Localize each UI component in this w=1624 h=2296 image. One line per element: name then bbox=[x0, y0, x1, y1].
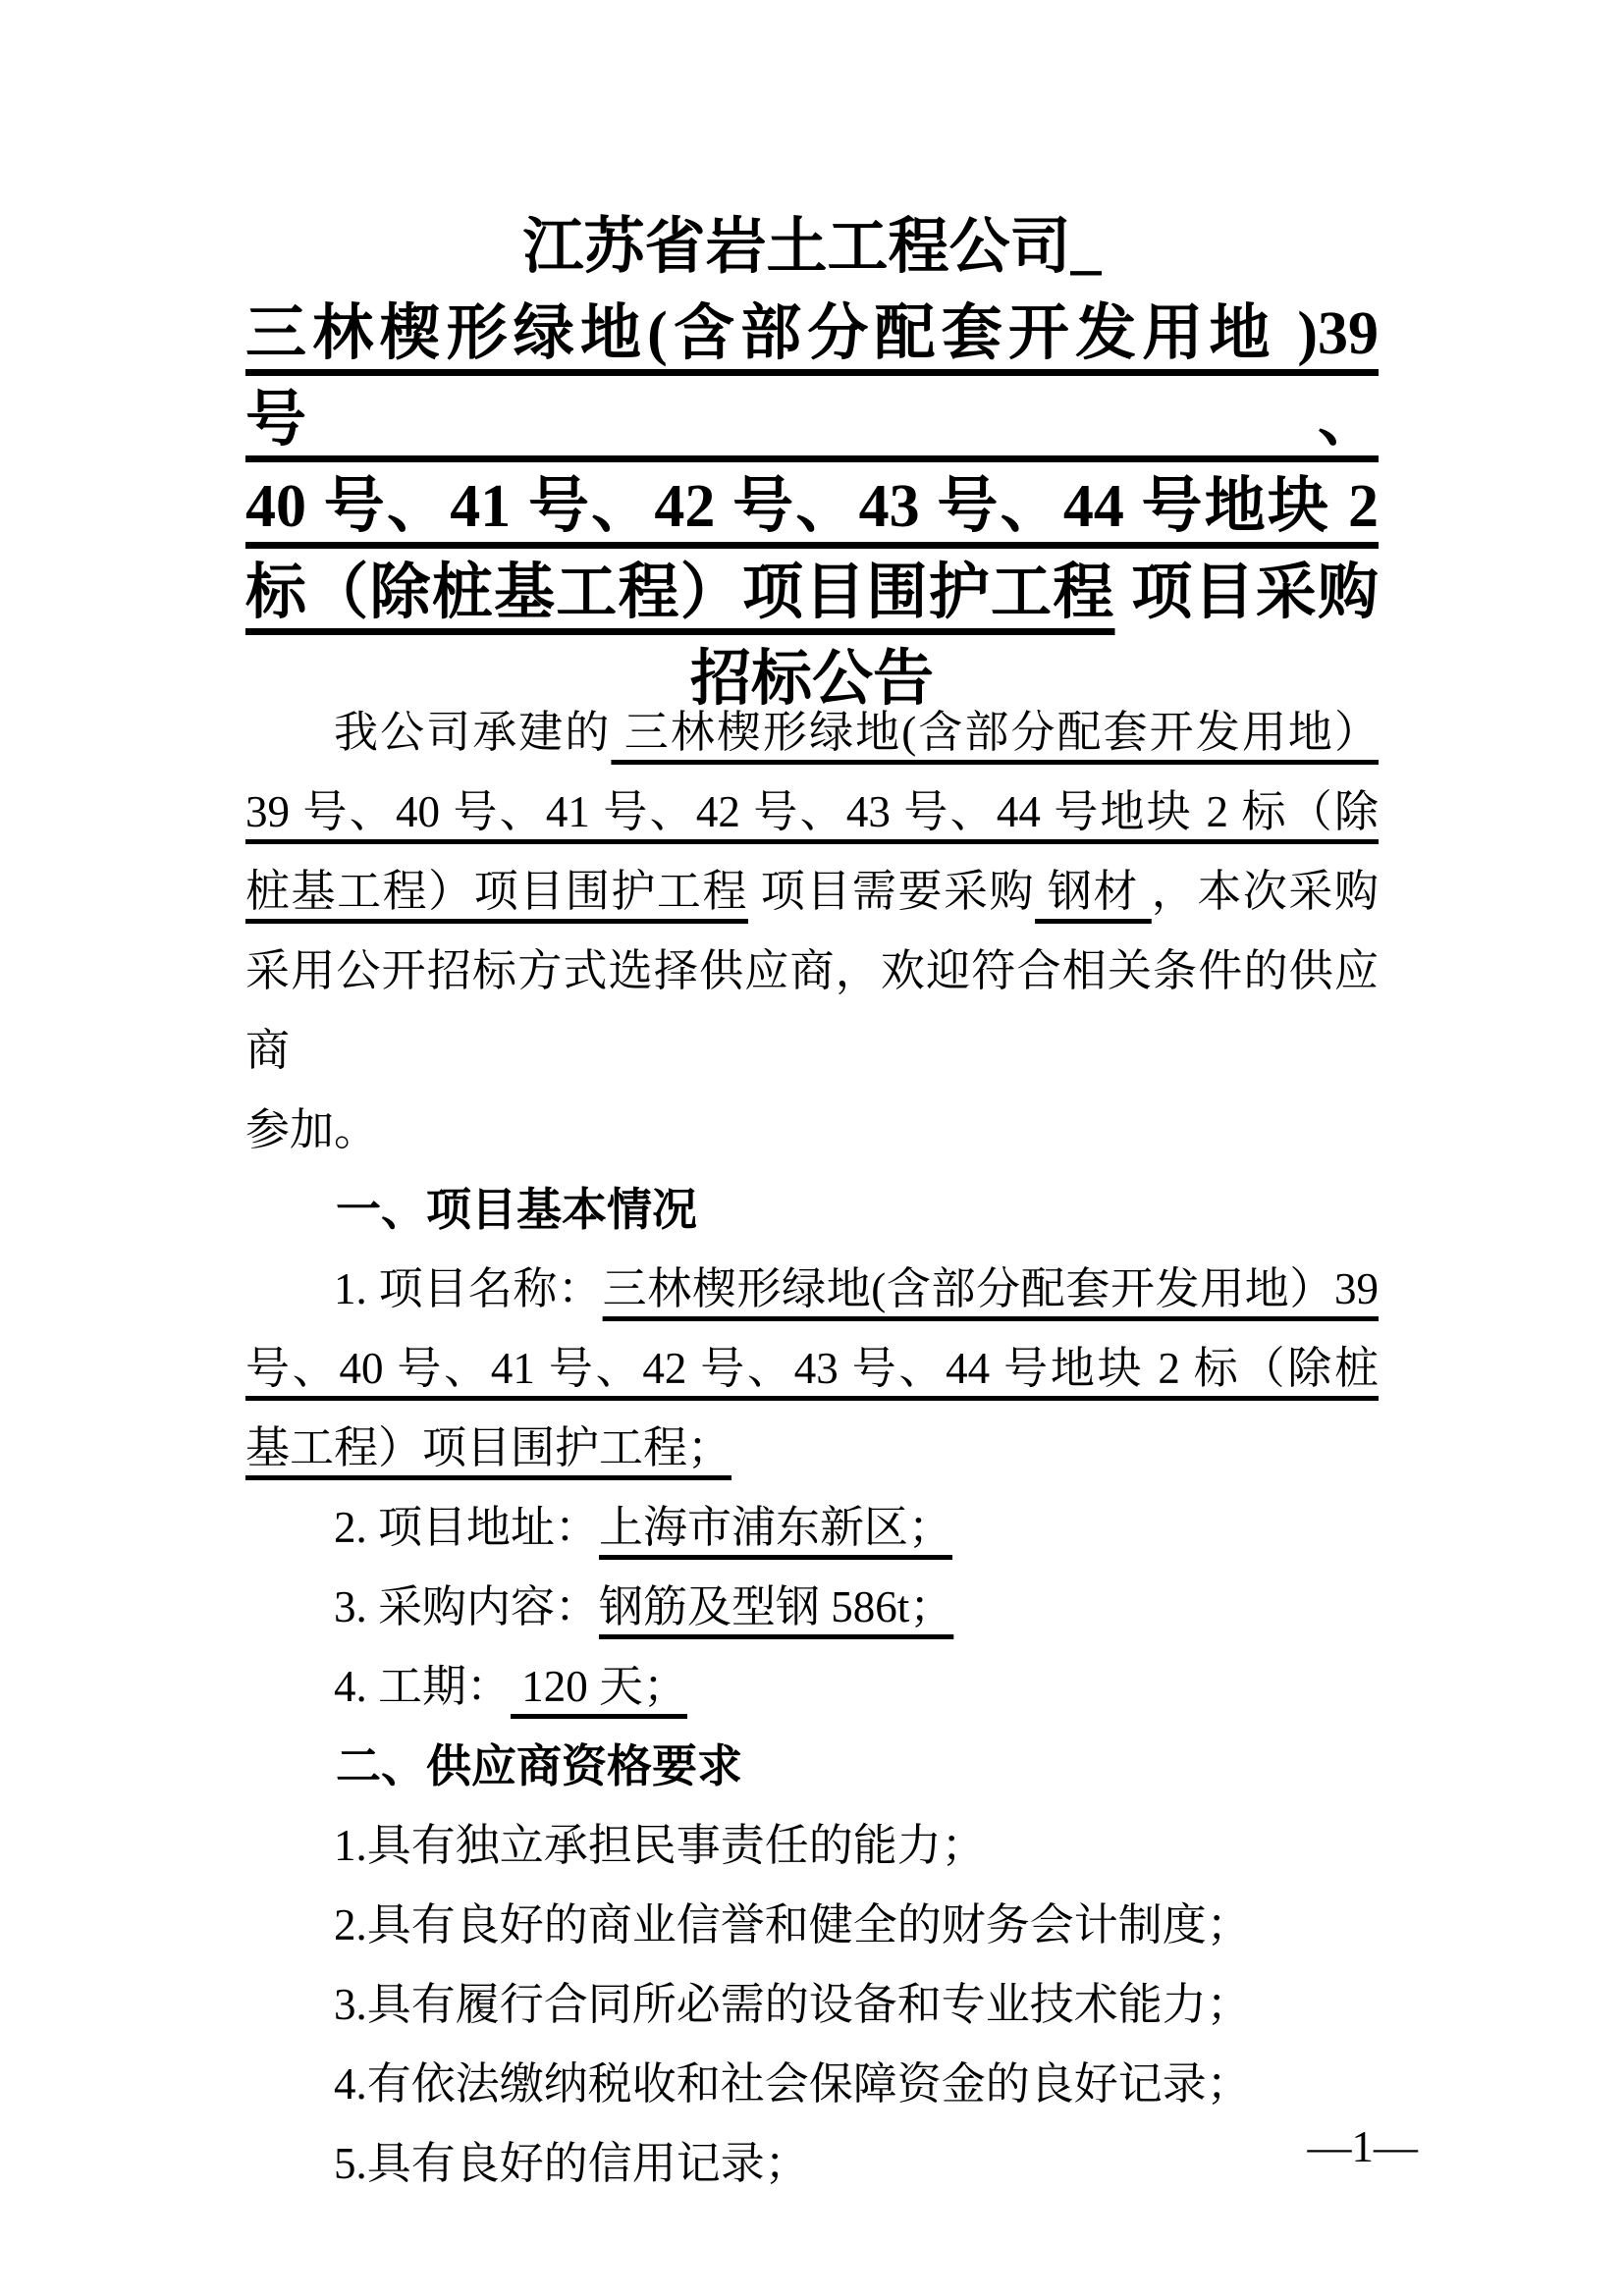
underlined-text-run: 三林楔形绿地(含部分配套开发用地） bbox=[611, 708, 1379, 757]
item-procurement-content: 3. 采购内容：钢筋及型钢 586t； bbox=[245, 1568, 1379, 1647]
text-run: 项目采购 bbox=[1114, 560, 1379, 626]
requirement-3: 3.具有履行合同所必需的设备和专业技术能力； bbox=[245, 1965, 1379, 2045]
text-run: 江苏省岩土工程公司_ bbox=[522, 214, 1101, 281]
text-run: 采用公开招标方式选择供应商，欢迎符合相关条件的供应商 bbox=[245, 946, 1379, 1075]
text-run: 1.具有独立承担民事责任的能力； bbox=[334, 1821, 986, 1870]
text-run: 4. 工期： bbox=[334, 1662, 511, 1711]
intro-paragraph-line-2: 39 号、40 号、41 号、42 号、43 号、44 号地块 2 标（除 bbox=[245, 773, 1379, 852]
underlined-text-run: 标（除桩基工程）项目围护工程 bbox=[245, 560, 1114, 626]
underlined-text-run: 三林楔形绿地(含部分配套开发用地 )39 号、 bbox=[245, 300, 1379, 454]
text-run: 项目需要采购 bbox=[748, 867, 1035, 916]
item-duration: 4. 工期： 120 天； bbox=[245, 1647, 1379, 1727]
intro-paragraph-line-1: 我公司承建的 三林楔形绿地(含部分配套开发用地） bbox=[245, 693, 1379, 773]
document-body: 我公司承建的 三林楔形绿地(含部分配套开发用地）39 号、40 号、41 号、4… bbox=[245, 693, 1379, 2204]
underlined-text-run: 上海市浦东新区； bbox=[599, 1503, 952, 1552]
text-run: 2. 项目地址： bbox=[334, 1503, 599, 1552]
underlined-text-run: 号、40 号、41 号、42 号、43 号、44 号地块 2 标（除桩 bbox=[245, 1344, 1379, 1393]
section-1-heading: 一、项目基本情况 bbox=[245, 1170, 1379, 1250]
intro-paragraph-line-3: 桩基工程）项目围护工程 项目需要采购 钢材 ，本次采购 bbox=[245, 852, 1379, 932]
title-line-company: 江苏省岩土工程公司_ bbox=[245, 204, 1379, 291]
text-run: 2.具有良好的商业信誉和健全的财务会计制度； bbox=[334, 1900, 1251, 1949]
item-project-name-line-1: 1. 项目名称：三林楔形绿地(含部分配套开发用地）39 bbox=[245, 1250, 1379, 1329]
item-project-name-line-3: 基工程）项目围护工程； bbox=[245, 1409, 1379, 1488]
title-line-project-3: 标（除桩基工程）项目围护工程 项目采购 bbox=[245, 550, 1379, 636]
item-project-name-line-2: 号、40 号、41 号、42 号、43 号、44 号地块 2 标（除桩 bbox=[245, 1329, 1379, 1409]
text-run: 3. 采购内容： bbox=[334, 1582, 599, 1631]
document-title: 江苏省岩土工程公司_三林楔形绿地(含部分配套开发用地 )39 号、40 号、41… bbox=[245, 204, 1379, 722]
underlined-text-run: 钢材 bbox=[1035, 867, 1152, 916]
text-run: 我公司承建的 bbox=[334, 708, 611, 757]
text-run: 4.有依法缴纳税收和社会保障资金的良好记录； bbox=[334, 2059, 1251, 2109]
text-run: ，本次采购 bbox=[1152, 867, 1379, 916]
item-project-address: 2. 项目地址：上海市浦东新区； bbox=[245, 1488, 1379, 1568]
title-line-project-1: 三林楔形绿地(含部分配套开发用地 )39 号、 bbox=[245, 291, 1379, 463]
text-run: 3.具有履行合同所必需的设备和专业技术能力； bbox=[334, 1980, 1251, 2029]
underlined-text-run: 39 号、40 号、41 号、42 号、43 号、44 号地块 2 标（除 bbox=[245, 787, 1379, 836]
text-run: 二、供应商资格要求 bbox=[336, 1740, 742, 1791]
underlined-text-run: 40 号、41 号、42 号、43 号、44 号地块 2 bbox=[245, 473, 1379, 540]
intro-paragraph-line-4: 采用公开招标方式选择供应商，欢迎符合相关条件的供应商 bbox=[245, 932, 1379, 1091]
requirement-4: 4.有依法缴纳税收和社会保障资金的良好记录； bbox=[245, 2045, 1379, 2124]
text-run: 参加。 bbox=[245, 1105, 378, 1154]
underlined-text-run: 桩基工程）项目围护工程 bbox=[245, 867, 748, 916]
text-run: 一、项目基本情况 bbox=[336, 1184, 697, 1235]
page-number: —1— bbox=[1308, 2122, 1419, 2171]
underlined-text-run: 基工程）项目围护工程； bbox=[245, 1423, 731, 1472]
title-line-project-2: 40 号、41 号、42 号、43 号、44 号地块 2 bbox=[245, 463, 1379, 550]
section-2-heading: 二、供应商资格要求 bbox=[245, 1727, 1379, 1806]
intro-paragraph-line-5: 参加。 bbox=[245, 1091, 1379, 1170]
text-run: 5.具有良好的信用记录； bbox=[334, 2139, 809, 2188]
underlined-text-run: 120 天； bbox=[511, 1662, 687, 1711]
underlined-text-run: 钢筋及型钢 586t； bbox=[599, 1582, 953, 1631]
text-run: 1. 项目名称： bbox=[334, 1264, 603, 1313]
document-page: 江苏省岩土工程公司_三林楔形绿地(含部分配套开发用地 )39 号、40 号、41… bbox=[0, 0, 1624, 2296]
underlined-text-run: 三林楔形绿地(含部分配套开发用地）39 bbox=[603, 1264, 1379, 1313]
requirement-1: 1.具有独立承担民事责任的能力； bbox=[245, 1806, 1379, 1886]
requirement-2: 2.具有良好的商业信誉和健全的财务会计制度； bbox=[245, 1886, 1379, 1965]
requirement-5: 5.具有良好的信用记录； bbox=[245, 2124, 1379, 2204]
